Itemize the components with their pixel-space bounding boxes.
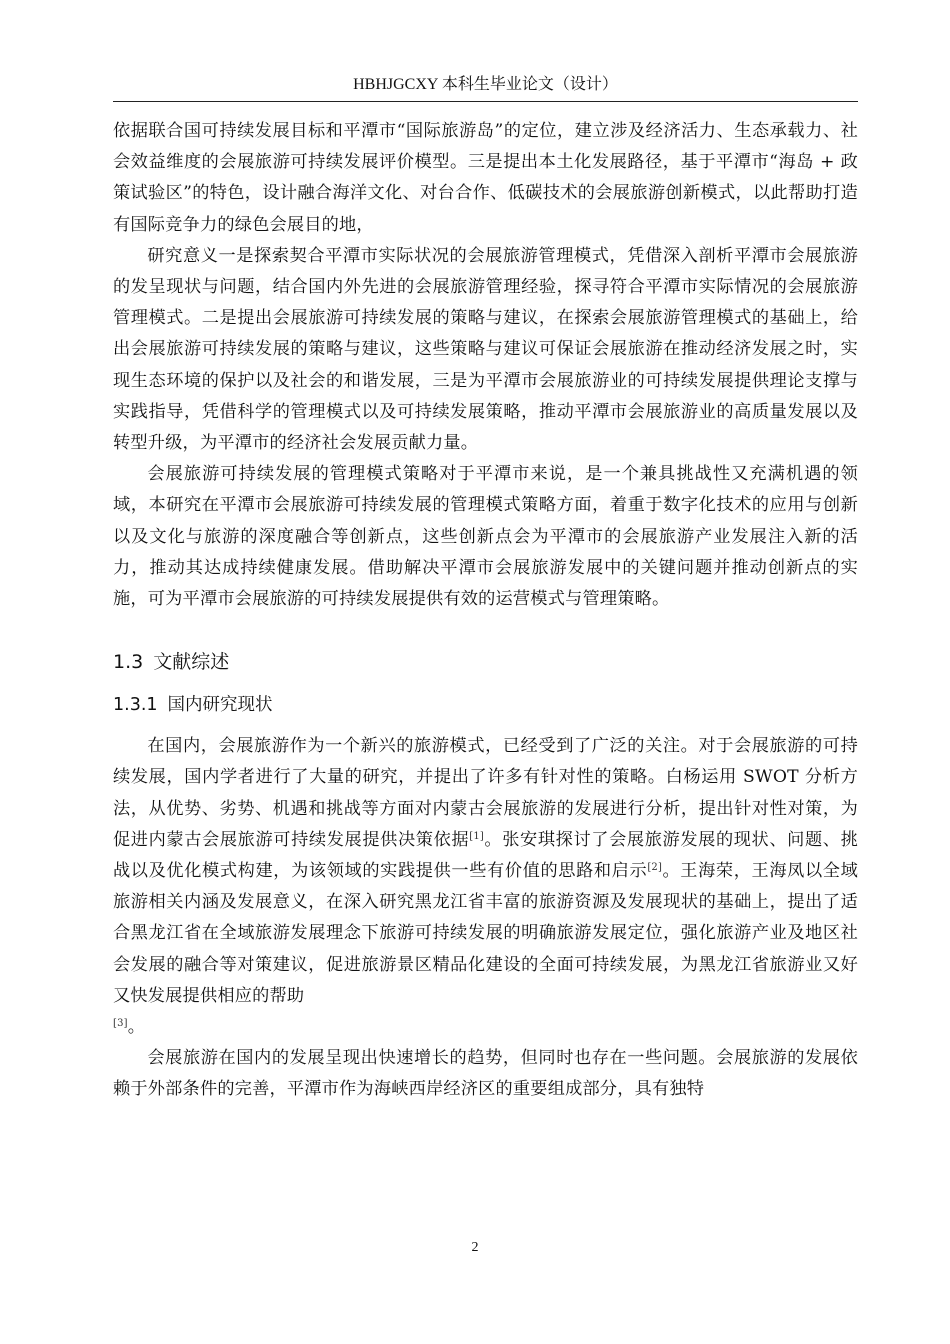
subsection-heading: 1.3.1国内研究现状 (113, 693, 858, 717)
section-title: 文献综述 (153, 651, 229, 673)
paragraph-domestic-trend: 会展旅游在国内的发展呈现出快速增长的趋势，但同时也存在一些问题。会展旅游的发展依… (113, 1043, 858, 1105)
document-body: 依据联合国可持续发展目标和平潭市“国际旅游岛”的定位，建立涉及经济活力、生态承载… (113, 116, 858, 1106)
running-header: HBHJGCXY 本科生毕业论文（设计） (113, 74, 858, 96)
paragraph-continued: 依据联合国可持续发展目标和平潭市“国际旅游岛”的定位，建立涉及经济活力、生态承载… (113, 116, 858, 241)
subsection-number: 1.3.1 (113, 695, 158, 715)
citation-ref-2[interactable]: [2] (647, 862, 662, 873)
header-rule (113, 101, 858, 102)
document-page: HBHJGCXY 本科生毕业论文（设计） 依据联合国可持续发展目标和平潭市“国际… (0, 0, 950, 1344)
section-number: 1.3 (113, 651, 143, 673)
citation-ref-3[interactable]: [3] (113, 1018, 128, 1029)
text-run: 。王海荣，王海凤以全域旅游相关内涵及发展意义，在深入研究黑龙江省丰富的旅游资源及… (113, 861, 858, 1006)
paragraph-research-significance: 研究意义一是探索契合平潭市实际状况的会展旅游管理模式，凭借深入剖析平潭市会展旅游… (113, 241, 858, 459)
subsection-title: 国内研究现状 (168, 695, 273, 715)
citation-ref-1[interactable]: [1] (469, 831, 484, 842)
section-heading: 1.3文献综述 (113, 649, 858, 675)
paragraph-innovation: 会展旅游可持续发展的管理模式策略对于平潭市来说，是一个兼具挑战性又充满机遇的领域… (113, 459, 858, 615)
text-run: 。 (128, 1017, 145, 1037)
paragraph-domestic-review: 在国内，会展旅游作为一个新兴的旅游模式，已经受到了广泛的关注。对于会展旅游的可持… (113, 731, 858, 1043)
page-number: 2 (0, 1240, 950, 1256)
